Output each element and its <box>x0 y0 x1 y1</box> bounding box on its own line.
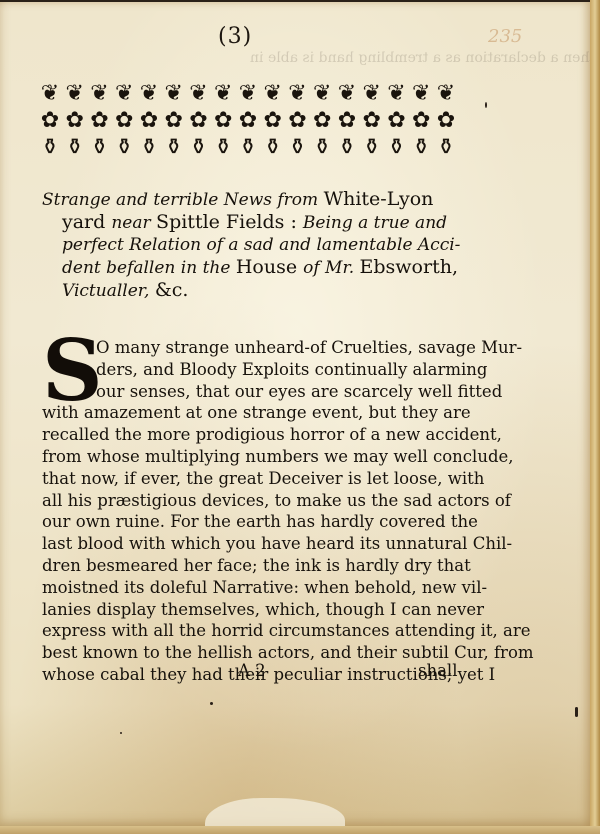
page-edge <box>590 0 600 834</box>
body-line: express with all the horrid circumstance… <box>42 620 460 642</box>
ornament-glyph-icon: ⚱ <box>335 135 359 161</box>
ornament-glyph-icon: ⚱ <box>310 135 334 161</box>
ornament-glyph-icon: ✿ <box>211 108 235 134</box>
title-line: yard near Spittle Fields : Being a true … <box>42 211 467 234</box>
ornament-glyph-icon: ⚱ <box>112 135 136 161</box>
ornament-glyph-icon: ⚱ <box>38 135 62 161</box>
ornament-glyph-icon: ✿ <box>409 108 433 134</box>
body-line: O many strange unheard-of Cruelties, sav… <box>42 337 460 359</box>
title-segment: dent befallen in the <box>62 258 236 278</box>
ornament-glyph-icon: ⚱ <box>286 135 310 161</box>
catchword: shall <box>418 661 458 680</box>
document-title: Strange and terrible News from White-Lyo… <box>42 188 467 302</box>
signature-mark: A 2 <box>238 661 266 680</box>
title-line: Victualler, &c. <box>42 279 467 302</box>
ornament-glyph-icon: ❦ <box>211 81 235 107</box>
ornament-glyph-icon: ✿ <box>286 108 310 134</box>
ornament-glyph-icon: ✿ <box>434 108 458 134</box>
body-line: from whose multiplying numbers we may we… <box>42 446 460 468</box>
ornament-glyph-icon: ✿ <box>63 108 87 134</box>
ornament-glyph-icon: ✿ <box>88 108 112 134</box>
ornament-glyph-icon: ❦ <box>236 81 260 107</box>
ornament-glyph-icon: ⚱ <box>236 135 260 161</box>
title-segment: House <box>236 256 303 278</box>
title-segment: Strange and terrible News from <box>42 190 324 210</box>
ornament-glyph-icon: ❦ <box>63 81 87 107</box>
ornament-row: ✿✿✿✿✿✿✿✿✿✿✿✿✿✿✿✿✿ <box>38 107 458 134</box>
page-edge <box>0 826 600 834</box>
ornament-glyph-icon: ⚱ <box>261 135 285 161</box>
bleed-through-text: shall give then a declaration as a tremb… <box>250 50 600 66</box>
body-line: last blood with which you have heard its… <box>42 533 460 555</box>
body-line: recalled the more prodigious horror of a… <box>42 424 460 446</box>
ornament-glyph-icon: ✿ <box>38 108 62 134</box>
ornament-row: ⚱⚱⚱⚱⚱⚱⚱⚱⚱⚱⚱⚱⚱⚱⚱⚱⚱ <box>38 134 458 161</box>
ornament-glyph-icon: ✿ <box>137 108 161 134</box>
paper-speck <box>120 732 122 734</box>
ornament-glyph-icon: ⚱ <box>88 135 112 161</box>
paper-speck <box>485 102 487 108</box>
ornament-glyph-icon: ✿ <box>310 108 334 134</box>
body-line: with amazement at one strange event, but… <box>42 402 460 424</box>
body-line: our own ruine. For the earth has hardly … <box>42 511 460 533</box>
body-line: all his præstigious devices, to make us … <box>42 490 460 512</box>
title-segment: Ebsworth, <box>360 256 458 278</box>
ornament-glyph-icon: ✿ <box>261 108 285 134</box>
ornament-glyph-icon: ⚱ <box>187 135 211 161</box>
ornament-glyph-icon: ❦ <box>335 81 359 107</box>
ornament-glyph-icon: ⚱ <box>63 135 87 161</box>
ornament-glyph-icon: ❦ <box>38 81 62 107</box>
ornament-glyph-icon: ⚱ <box>360 135 384 161</box>
body-line: that now, if ever, the great Deceiver is… <box>42 468 460 490</box>
ornament-glyph-icon: ⚱ <box>385 135 409 161</box>
ornament-glyph-icon: ✿ <box>187 108 211 134</box>
ornament-glyph-icon: ✿ <box>385 108 409 134</box>
ornament-glyph-icon: ✿ <box>162 108 186 134</box>
ornament-glyph-icon: ⚱ <box>137 135 161 161</box>
ornament-glyph-icon: ❦ <box>112 81 136 107</box>
body-line: dren besmeared her face; the ink is hard… <box>42 555 460 577</box>
title-line: dent befallen in the House of Mr. Ebswor… <box>42 256 467 279</box>
ornament-glyph-icon: ❦ <box>261 81 285 107</box>
ornament-glyph-icon: ❦ <box>286 81 310 107</box>
ornament-glyph-icon: ❦ <box>162 81 186 107</box>
ornament-glyph-icon: ❦ <box>137 81 161 107</box>
body-line: lanies display themselves, which, though… <box>42 599 460 621</box>
title-segment: White-Lyon <box>324 188 434 210</box>
page-number: (3) <box>218 24 252 49</box>
ornament-glyph-icon: ⚱ <box>162 135 186 161</box>
ornament-glyph-icon: ✿ <box>335 108 359 134</box>
title-segment: of Mr. <box>303 258 359 278</box>
ornament-glyph-icon: ❦ <box>88 81 112 107</box>
title-segment: yard <box>62 211 111 233</box>
title-segment: Being a true and <box>303 213 447 233</box>
body-line: ders, and Bloody Exploits continually al… <box>42 359 460 381</box>
paper-speck <box>575 707 578 717</box>
document-page: shall give then a declaration as a tremb… <box>0 2 592 828</box>
ornament-glyph-icon: ✿ <box>236 108 260 134</box>
title-segment: Spittle Fields : <box>156 211 303 233</box>
title-line: Strange and terrible News from White-Lyo… <box>42 188 467 211</box>
title-segment: Victualler, <box>62 281 155 301</box>
ornament-glyph-icon: ❦ <box>187 81 211 107</box>
archive-number: 235 <box>488 26 522 47</box>
body-text: O many strange unheard-of Cruelties, sav… <box>42 337 460 686</box>
paper-speck <box>210 702 213 705</box>
ornament-glyph-icon: ✿ <box>360 108 384 134</box>
ornament-glyph-icon: ❦ <box>434 81 458 107</box>
ornament-glyph-icon: ❦ <box>409 81 433 107</box>
ornament-glyph-icon: ❦ <box>310 81 334 107</box>
body-line: our senses, that our eyes are scarcely w… <box>42 381 460 403</box>
title-line: perfect Relation of a sad and lamentable… <box>42 234 467 256</box>
ornament-glyph-icon: ❦ <box>360 81 384 107</box>
ornament-glyph-icon: ⚱ <box>211 135 235 161</box>
title-segment: perfect Relation of a sad and lamentable… <box>62 235 460 255</box>
ornament-glyph-icon: ⚱ <box>409 135 433 161</box>
title-segment: &c. <box>155 279 189 301</box>
title-segment: near <box>111 213 156 233</box>
ornament-band: ❦❦❦❦❦❦❦❦❦❦❦❦❦❦❦❦❦ ✿✿✿✿✿✿✿✿✿✿✿✿✿✿✿✿✿ ⚱⚱⚱⚱… <box>38 80 458 162</box>
ornament-glyph-icon: ⚱ <box>434 135 458 161</box>
ornament-glyph-icon: ✿ <box>112 108 136 134</box>
ornament-row: ❦❦❦❦❦❦❦❦❦❦❦❦❦❦❦❦❦ <box>38 80 458 107</box>
ornament-glyph-icon: ❦ <box>385 81 409 107</box>
body-line: moistned its doleful Narrative: when beh… <box>42 577 460 599</box>
